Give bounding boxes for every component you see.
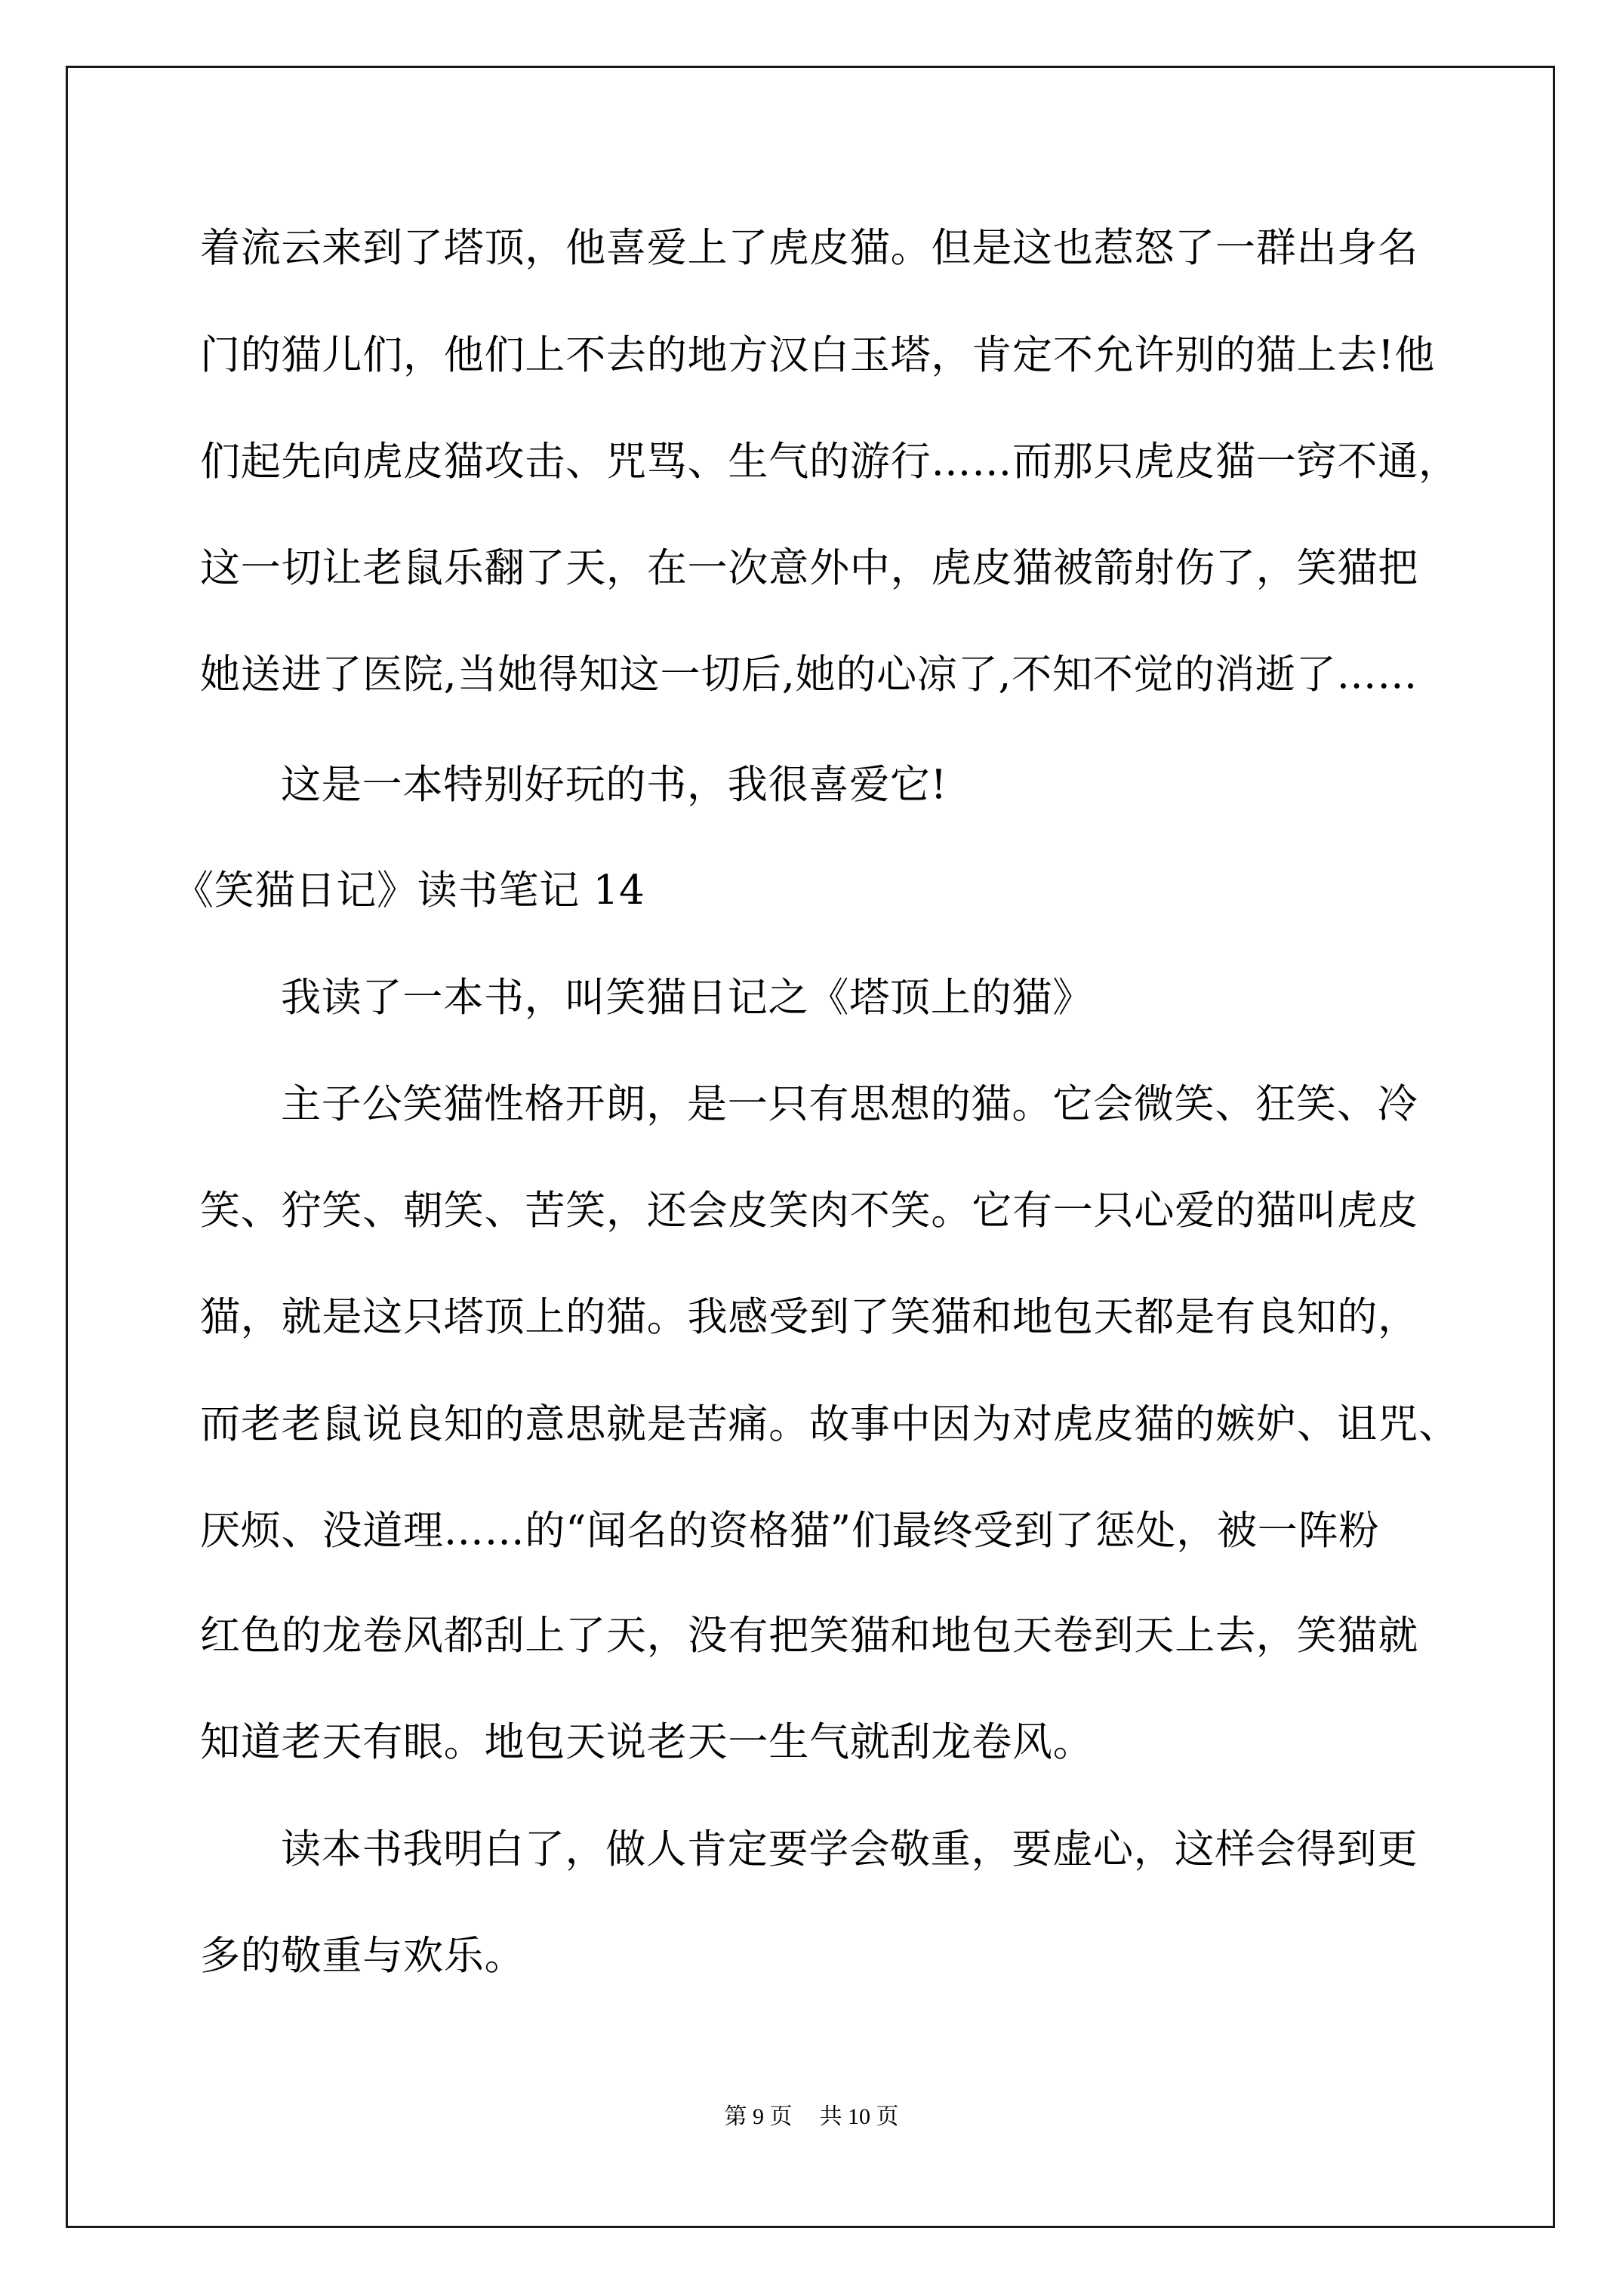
page-border <box>66 66 1555 2228</box>
paragraph-line: 着流云来到了塔顶，他喜爱上了虎皮猫。但是这也惹怒了一群出身名 <box>200 226 1418 271</box>
paragraph-line: 笑、狞笑、朝笑、苦笑，还会皮笑肉不笑。它有一只心爱的猫叫虎皮 <box>200 1188 1418 1234</box>
page-number: 第 9 页 <box>725 2104 793 2129</box>
paragraph-line: 我读了一本书，叫笑猫日记之《塔顶上的猫》 <box>281 975 1093 1021</box>
paragraph-line: 厌烦、没道理……的“闻名的资格猫”们最终受到了惩处，被一阵粉 <box>200 1509 1379 1554</box>
section-heading: 《笑猫日记》读书笔记 14 <box>174 868 645 914</box>
paragraph-line: 们起先向虎皮猫攻击、咒骂、生气的游行……而那只虎皮猫一窍不通， <box>200 439 1459 485</box>
paragraph-line: 知道老天有眼。地包天说老天一生气就刮龙卷风。 <box>200 1720 1094 1765</box>
page-footer: 第 9 页共 10 页 <box>0 2102 1623 2132</box>
paragraph-line: 她送进了医院,当她得知这一切后,她的心凉了,不知不觉的消逝了…… <box>200 652 1418 698</box>
paragraph-line: 多的敬重与欢乐。 <box>200 1934 525 1979</box>
paragraph-line: 这是一本特别好玩的书，我很喜爱它! <box>281 763 947 808</box>
paragraph-line: 门的猫儿们，他们上不去的地方汉白玉塔，肯定不允许别的猫上去!他 <box>200 333 1435 378</box>
paragraph-line: 红色的龙卷风都刮上了天，没有把笑猫和地包天卷到天上去，笑猫就 <box>200 1613 1418 1659</box>
paragraph-line: 这一切让老鼠乐翻了天，在一次意外中，虎皮猫被箭射伤了，笑猫把 <box>200 546 1418 591</box>
paragraph-line: 猫，就是这只塔顶上的猫。我感受到了笑猫和地包天都是有良知的， <box>200 1295 1418 1340</box>
paragraph-line: 而老老鼠说良知的意思就是苦痛。故事中因为对虎皮猫的嫉妒、诅咒、 <box>200 1402 1459 1447</box>
paragraph-line: 读本书我明白了，做人肯定要学会敬重，要虚心，这样会得到更 <box>281 1827 1418 1872</box>
paragraph-line: 主子公笑猫性格开朗，是一只有思想的猫。它会微笑、狂笑、冷 <box>281 1082 1418 1127</box>
page-total: 共 10 页 <box>820 2104 899 2129</box>
